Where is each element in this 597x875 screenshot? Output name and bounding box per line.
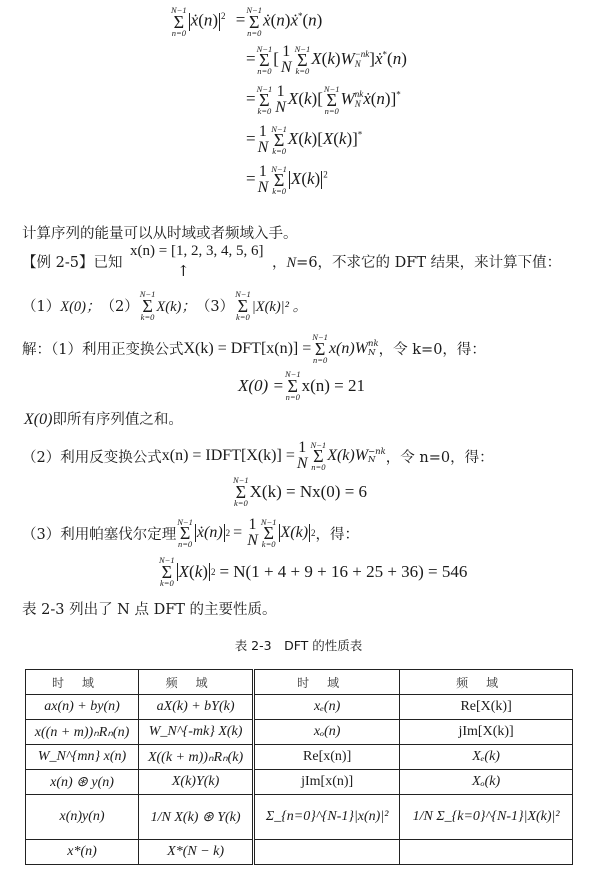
- header-time-domain-2: 时域: [254, 670, 400, 695]
- table-cell: X((k + m))ₙRₙ(k): [139, 745, 254, 770]
- origin-arrow: ↑: [177, 262, 190, 280]
- solution-step-1: 解：（1）利用正变换公式 X(k) = DFT[x(n)] = N−1Σn=0 …: [22, 333, 486, 364]
- table-cell: 1/N Σ_{k=0}^{N-1}|X(k)|²: [400, 795, 573, 840]
- table-row: W_N^{mn} x(n) X((k + m))ₙRₙ(k) Re[x(n)] …: [26, 745, 573, 770]
- paragraph-table-intro: 表 2-3 列出了 N 点 DFT 的主要性质。: [22, 598, 277, 619]
- table-cell: W_N^{mn} x(n): [26, 745, 139, 770]
- paragraph-energy: 计算序列的能量可以从时域或者频域入手。: [22, 222, 298, 243]
- derivation-line-3: =1NN−1Σk=0X(k)[X(k)]*: [170, 124, 407, 164]
- solution-2-result: N−1Σk=0 X(k) = Nx(0) = 6: [232, 476, 367, 507]
- solution-3-result: N−1Σk=0X(k)2 = N(1 + 4 + 9 + 16 + 25 + 3…: [158, 556, 467, 587]
- table-cell: [254, 840, 400, 865]
- table-cell: x*(n): [26, 840, 139, 865]
- table-row: x(n) ⊛ y(n) X(k)Y(k) jIm[x(n)] Xₒ(k): [26, 770, 573, 795]
- solution-step-3: （3）利用帕塞伐尔定理 N−1Σn=0ẋ(n)2 = 1N N−1Σk=0X(k…: [22, 517, 359, 549]
- table-cell: X*(N − k): [139, 840, 254, 865]
- table-caption: 表 2-3 DFT 的性质表: [0, 636, 597, 654]
- table-cell: 1/N X(k) ⊛ Y(k): [139, 795, 254, 840]
- table-cell: W_N^{-mk} X(k): [139, 720, 254, 745]
- table-cell: x(n) ⊛ y(n): [26, 770, 139, 795]
- example-heading: 【例 2-5】已知: [22, 251, 122, 272]
- table-cell: ax(n) + by(n): [26, 695, 139, 720]
- table-cell: xₑ(n): [254, 695, 400, 720]
- table-cell: Xₒ(k): [400, 770, 573, 795]
- example-label: 【例 2-5】已知: [22, 255, 122, 271]
- derivation-line-2: =N−1Σk=01NX(k)[N−1Σn=0WNnkẋ(n)]*: [170, 84, 407, 124]
- solution-1-result: X(0) = N−1Σn=0 x(n) = 21: [238, 370, 365, 401]
- header-time-domain-1: 时域: [26, 670, 139, 695]
- derivation-line-0: N−1Σn=0ẋ(n)2 =N−1Σn=0ẋ(n)ẋ*(n): [170, 6, 407, 44]
- table-row: x*(n) X*(N − k): [26, 840, 573, 865]
- header-freq-domain-1: 频域: [139, 670, 254, 695]
- example-condition: ，N=6，不求它的 DFT 结果，来计算下值：: [272, 251, 561, 272]
- table-row: x(n)y(n) 1/N X(k) ⊛ Y(k) Σ_{n=0}^{N-1}|x…: [26, 795, 573, 840]
- table-cell: [400, 840, 573, 865]
- table-cell: aX(k) + bY(k): [139, 695, 254, 720]
- header-freq-domain-2: 频域: [400, 670, 573, 695]
- table-row: x((n + m))ₙRₙ(n) W_N^{-mk} X(k) xₒ(n) jI…: [26, 720, 573, 745]
- table-cell: x(n)y(n): [26, 795, 139, 840]
- dft-properties-table: 时域 频域 时域 频域 ax(n) + by(n) aX(k) + bY(k) …: [25, 669, 573, 865]
- table-row: ax(n) + by(n) aX(k) + bY(k) xₑ(n) Re[X(k…: [26, 695, 573, 720]
- table-header-row: 时域 频域 时域 频域: [26, 670, 573, 695]
- table-cell: Xₑ(k): [400, 745, 573, 770]
- example-items: （1） X(0)； （2） N−1Σk=0 X(k)； （3） N−1Σk=0 …: [22, 290, 307, 321]
- table-cell: X(k)Y(k): [139, 770, 254, 795]
- parseval-derivation: N−1Σn=0ẋ(n)2 =N−1Σn=0ẋ(n)ẋ*(n) =N−1Σn=0[…: [170, 6, 407, 204]
- table-cell: xₒ(n): [254, 720, 400, 745]
- table-cell: jIm[X(k)]: [400, 720, 573, 745]
- example-sequence: x(n) = [1, 2, 3, 4, 5, 6]: [130, 243, 263, 260]
- table-cell: jIm[x(n)]: [254, 770, 400, 795]
- solution-step-2: （2）利用反变换公式 x(n) = IDFT[X(k)] = 1N N−1Σn=…: [22, 440, 494, 472]
- derivation-line-1: =N−1Σn=0[1NN−1Σk=0X(k)WN−nk]ẋ*(n): [170, 44, 407, 84]
- table-cell: Re[x(n)]: [254, 745, 400, 770]
- table-cell: Re[X(k)]: [400, 695, 573, 720]
- table-cell: x((n + m))ₙRₙ(n): [26, 720, 139, 745]
- derivation-line-4: =1NN−1Σk=0X(k)2: [170, 164, 407, 204]
- solution-1-note: X(0)即所有序列值之和。: [24, 408, 183, 429]
- table-cell: Σ_{n=0}^{N-1}|x(n)|²: [254, 795, 400, 840]
